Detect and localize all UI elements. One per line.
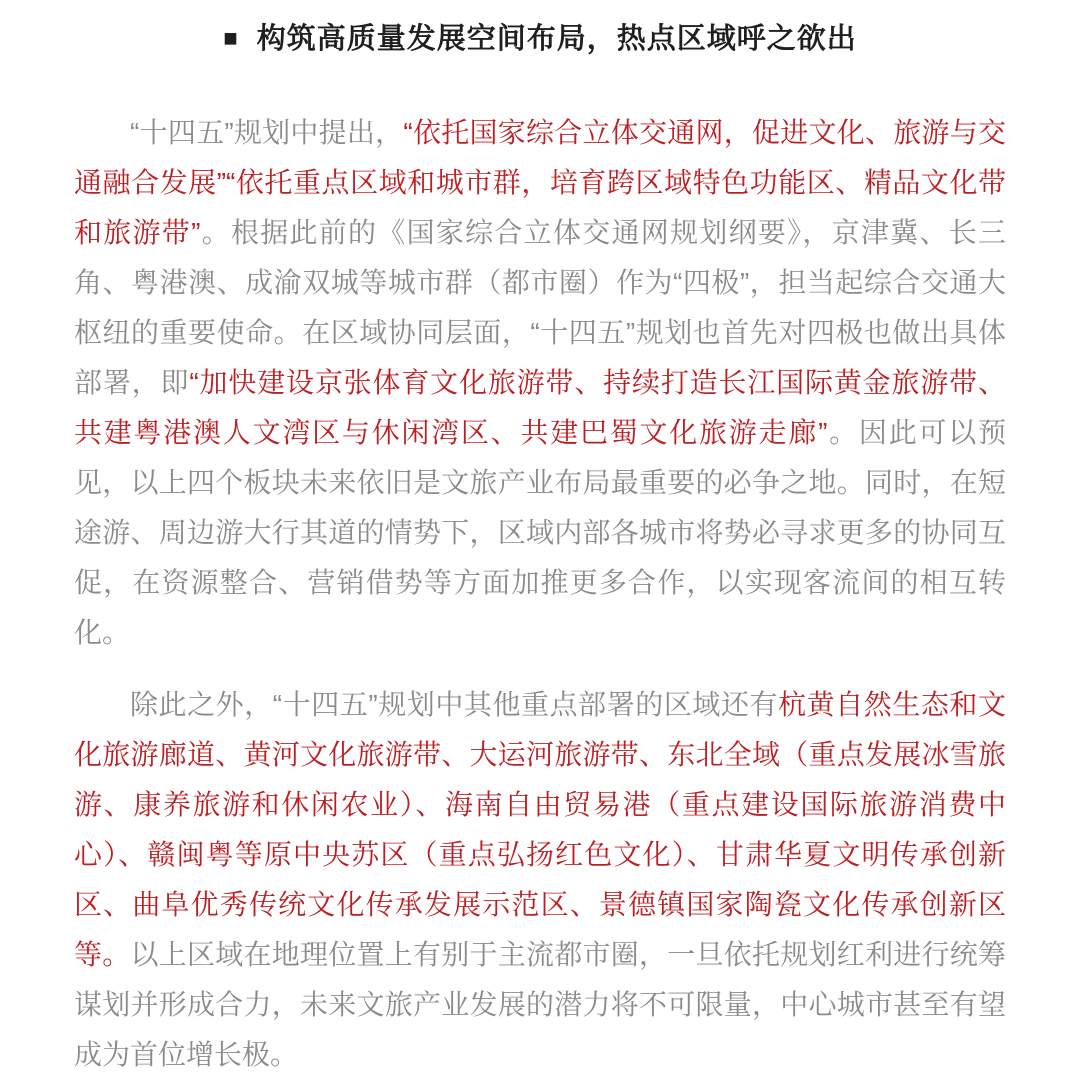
section-heading: ■构筑高质量发展空间布局，热点区域呼之欲出 (0, 18, 1080, 62)
article-body: “十四五”规划中提出，“依托国家综合立体交通网，促进文化、旅游与交通融合发展”“… (74, 108, 1006, 1080)
article-page: ■构筑高质量发展空间布局，热点区域呼之欲出 “十四五”规划中提出，“依托国家综合… (0, 0, 1080, 1089)
text-run: 。因此可以预见，以上四个板块未来依旧是文旅产业布局最重要的必争之地。同时，在短途… (74, 417, 1006, 648)
text-run: 以上区域在地理位置上有别于主流都市圈，一旦依托规划红利进行统筹谋划并形成合力，未… (74, 939, 1006, 1070)
paragraph: 除此之外，“十四五”规划中其他重点部署的区域还有杭黄自然生态和文化旅游廊道、黄河… (74, 680, 1006, 1080)
square-bullet-icon: ■ (223, 25, 239, 52)
emphasis-text-run: 杭黄自然生态和文化旅游廊道、黄河文化旅游带、大运河旅游带、东北全域（重点发展冰雪… (74, 689, 1006, 970)
section-heading-text: 构筑高质量发展空间布局，热点区域呼之欲出 (257, 23, 857, 55)
paragraph: “十四五”规划中提出，“依托国家综合立体交通网，促进文化、旅游与交通融合发展”“… (74, 108, 1006, 658)
text-run: “十四五”规划中提出， (130, 117, 403, 148)
text-run: 除此之外，“十四五”规划中其他重点部署的区域还有 (130, 689, 778, 720)
